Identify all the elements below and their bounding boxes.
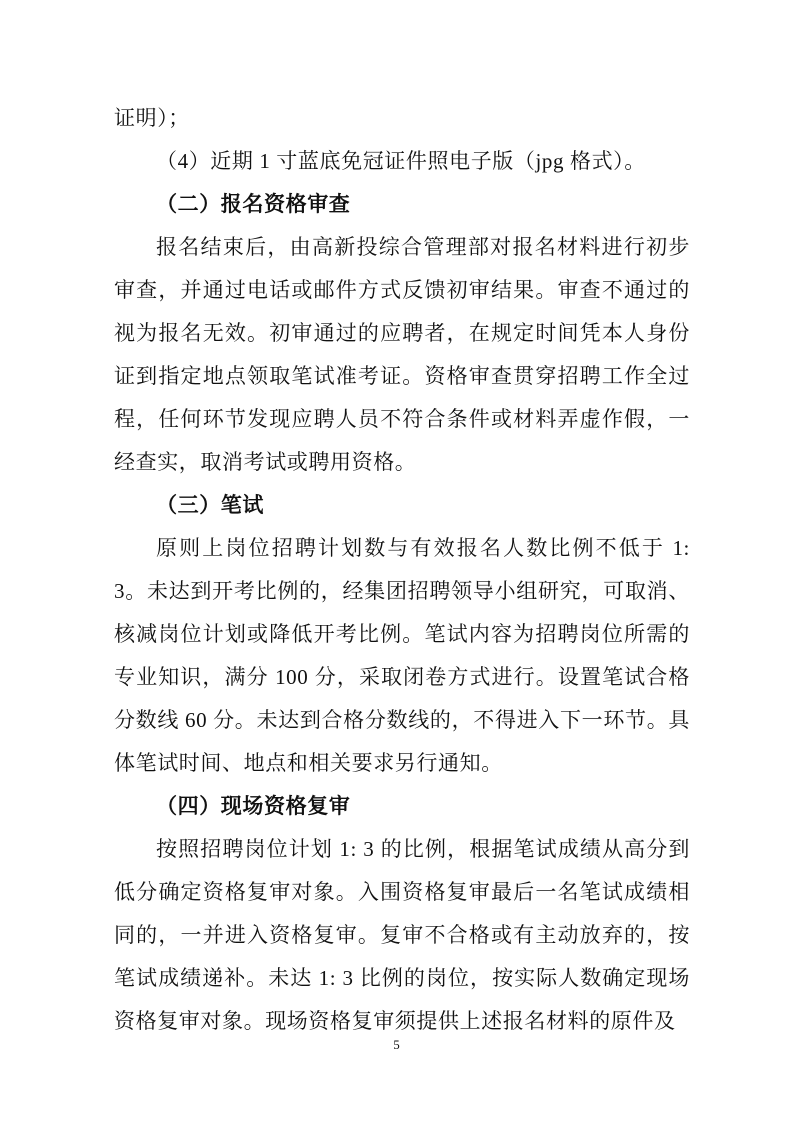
- document-body: 证明）； （4）近期 1 寸蓝底免冠证件照电子版（jpg 格式）。 （二）报名资…: [114, 97, 690, 1043]
- document-page: 证明）； （4）近期 1 寸蓝底免冠证件照电子版（jpg 格式）。 （二）报名资…: [0, 0, 793, 1122]
- paragraph-registration-review: 报名结束后，由高新投综合管理部对报名材料进行初步审查，并通过电话或邮件方式反馈初…: [114, 226, 690, 484]
- section-heading-onsite-review: （四）现场资格复审: [114, 785, 690, 828]
- section-heading-written-exam: （三）笔试: [114, 484, 690, 527]
- paragraph-continuation: 证明）；: [114, 97, 690, 140]
- list-item-4: （4）近期 1 寸蓝底免冠证件照电子版（jpg 格式）。: [114, 140, 690, 183]
- page-number: 5: [0, 1036, 793, 1054]
- section-heading-registration-review: （二）报名资格审查: [114, 183, 690, 226]
- paragraph-onsite-review: 按照招聘岗位计划 1: 3 的比例，根据笔试成绩从高分到低分确定资格复审对象。入…: [114, 828, 690, 1043]
- paragraph-written-exam: 原则上岗位招聘计划数与有效报名人数比例不低于 1: 3。未达到开考比例的，经集团…: [114, 527, 690, 785]
